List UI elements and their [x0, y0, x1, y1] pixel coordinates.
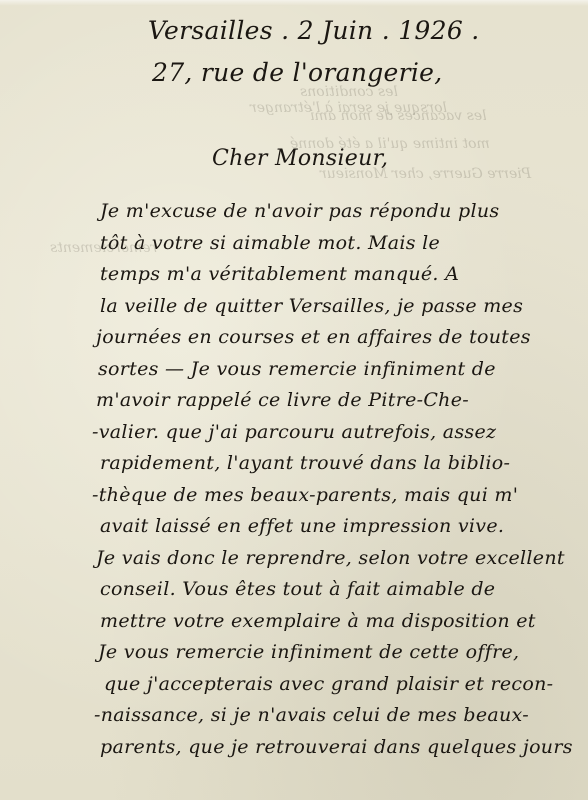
letter-line: -thèque de mes beaux-parents, mais qui m… — [92, 484, 518, 506]
letter-line: parents, que je retrouverai dans quelque… — [100, 736, 573, 758]
bleed-through-text: les vacances de mon ami — [310, 108, 487, 124]
letter-line: Je m'excuse de n'avoir pas répondu plus — [100, 200, 499, 222]
letter-line: rapidement, l'ayant trouvé dans la bibli… — [100, 452, 510, 474]
letter-line: tôt à votre si aimable mot. Mais le — [100, 232, 440, 254]
address: 27, rue de l'orangerie, — [152, 58, 443, 87]
paper-top-edge — [0, 0, 588, 6]
place-date: Versailles . 2 Juin . 1926 . — [148, 16, 480, 45]
letter-line: que j'accepterais avec grand plaisir et … — [104, 673, 553, 695]
salutation: Cher Monsieur, — [212, 146, 388, 171]
letter-line: -valier. que j'ai parcouru autrefois, as… — [92, 421, 496, 443]
letter-line: -naissance, si je n'avais celui de mes b… — [94, 704, 529, 726]
letter-line: Je vais donc le reprendre, selon votre e… — [96, 547, 565, 569]
letter-line: m'avoir rappelé ce livre de Pitre-Che- — [96, 389, 469, 411]
letter-line: mettre votre exemplaire à ma disposition… — [100, 610, 536, 632]
letter-page: les conditions lorsque je serai à l'étra… — [0, 0, 588, 800]
letter-line: Je vous remercie infiniment de cette off… — [98, 641, 519, 663]
letter-line: conseil. Vous êtes tout à fait aimable d… — [100, 578, 495, 600]
letter-line: la veille de quitter Versailles, je pass… — [100, 295, 523, 317]
letter-line: avait laissé en effet une impression viv… — [100, 515, 504, 537]
letter-line: sortes — Je vous remercie infiniment de — [98, 358, 496, 380]
letter-line: journées en courses et en affaires de to… — [96, 326, 531, 348]
letter-line: temps m'a véritablement manqué. A — [100, 263, 459, 285]
